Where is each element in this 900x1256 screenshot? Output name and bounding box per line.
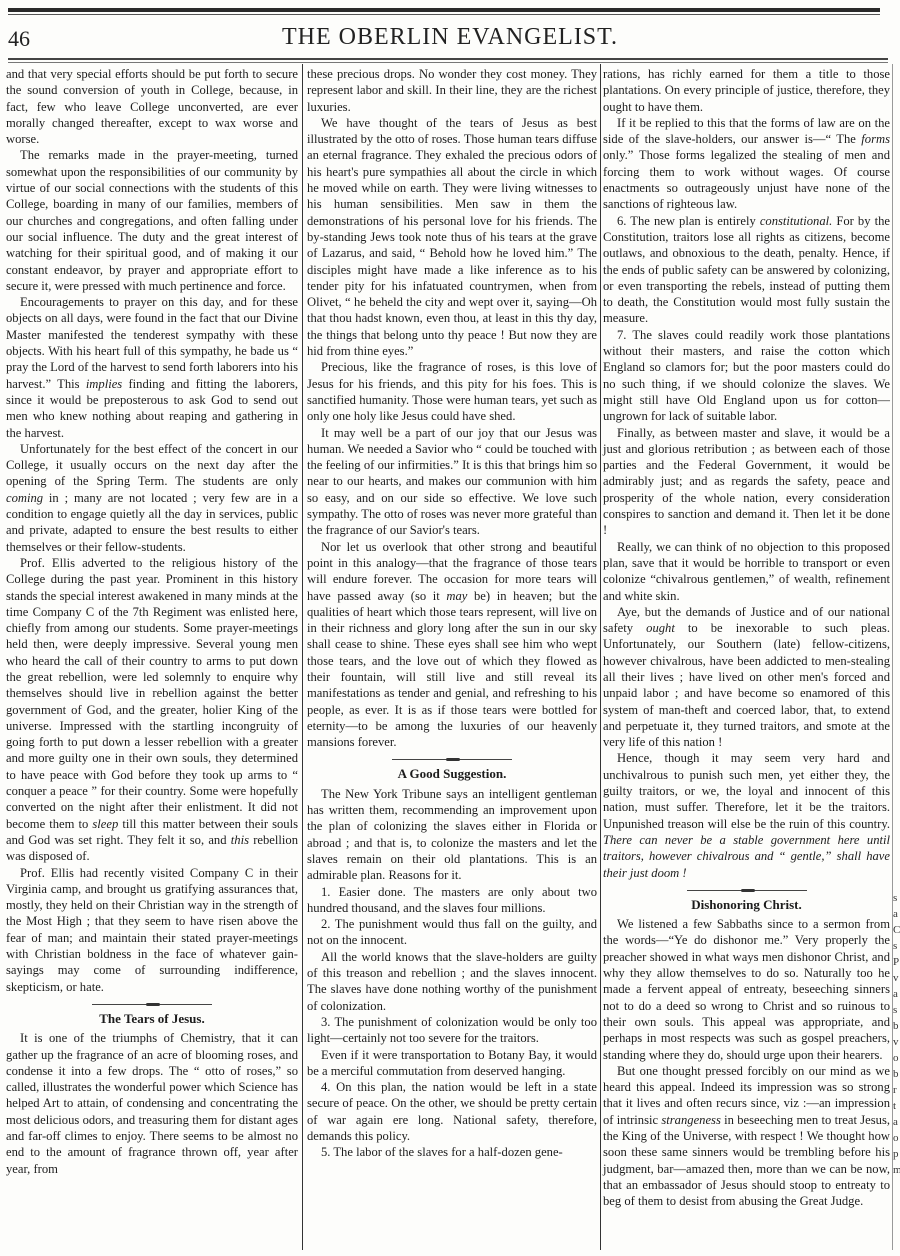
article-heading-dishonoring-christ: Dishonoring Christ. bbox=[603, 897, 890, 913]
section-separator bbox=[392, 759, 512, 760]
paragraph: Nor let us overlook that other strong an… bbox=[307, 539, 597, 751]
paragraph: Even if it were transportation to Botany… bbox=[307, 1047, 597, 1080]
paragraph: If it be replied to this that the forms … bbox=[603, 115, 890, 213]
paragraph: these precious drops. No wonder they cos… bbox=[307, 66, 597, 115]
column-3: rations, has richly earned for them a ti… bbox=[603, 66, 890, 1209]
column-divider bbox=[302, 64, 303, 1250]
paragraph: The remarks made in the prayer-meeting, … bbox=[6, 147, 298, 294]
paragraph: Encouragements to prayer on this day, an… bbox=[6, 294, 298, 441]
column-1: and that very special efforts should be … bbox=[6, 66, 298, 1177]
numbered-reason: 3. The punishment of colonization would … bbox=[307, 1014, 597, 1047]
paragraph: Really, we can think of no objection to … bbox=[603, 539, 890, 604]
numbered-reason: 4. On this plan, the nation would be lef… bbox=[307, 1079, 597, 1144]
numbered-reason: 6. The new plan is entirely constitution… bbox=[603, 213, 890, 327]
margin-bleed-text: s a C s P v a s b v o b r t a o p m bbox=[893, 890, 900, 1178]
numbered-reason: 7. The slaves could readily work those p… bbox=[603, 327, 890, 425]
paragraph: Precious, like the fragrance of roses, i… bbox=[307, 359, 597, 424]
paragraph: Finally, as between master and slave, it… bbox=[603, 425, 890, 539]
header-rule bbox=[8, 58, 888, 60]
paragraph: But one thought pressed forcibly on our … bbox=[603, 1063, 890, 1210]
paragraph: Prof. Ellis had recently visited Company… bbox=[6, 865, 298, 995]
section-separator bbox=[92, 1004, 212, 1005]
article-heading-good-suggestion: A Good Suggestion. bbox=[307, 766, 597, 782]
masthead: 46 THE OBERLIN EVANGELIST. bbox=[0, 20, 900, 56]
header-rule-thin bbox=[8, 62, 888, 63]
numbered-reason: 5. The labor of the slaves for a half-do… bbox=[307, 1144, 597, 1160]
paragraph: and that very special efforts should be … bbox=[6, 66, 298, 147]
paragraph: It may well be a part of our joy that ou… bbox=[307, 425, 597, 539]
paper-title: THE OBERLIN EVANGELIST. bbox=[0, 24, 900, 51]
paragraph: Unfortunately for the best effect of the… bbox=[6, 441, 298, 555]
paragraph: rations, has richly earned for them a ti… bbox=[603, 66, 890, 115]
paragraph: Prof. Ellis adverted to the religious hi… bbox=[6, 555, 298, 865]
top-rule bbox=[8, 8, 880, 12]
paragraph: It is one of the triumphs of Chemistry, … bbox=[6, 1030, 298, 1177]
numbered-reason: 2. The punishment would thus fall on the… bbox=[307, 916, 597, 949]
paragraph: We listened a few Sabbaths since to a se… bbox=[603, 916, 890, 1063]
column-2: these precious drops. No wonder they cos… bbox=[307, 66, 597, 1161]
article-heading-tears-of-jesus: The Tears of Jesus. bbox=[6, 1011, 298, 1027]
column-divider bbox=[600, 64, 601, 1250]
numbered-reason: 1. Easier done. The masters are only abo… bbox=[307, 884, 597, 917]
section-separator bbox=[687, 890, 807, 891]
paragraph: Hence, though it may seem very hard and … bbox=[603, 750, 890, 880]
top-rule-thin bbox=[8, 14, 880, 15]
paragraph: Aye, but the demands of Justice and of o… bbox=[603, 604, 890, 751]
paragraph: The New York Tribune says an intelligent… bbox=[307, 786, 597, 884]
paragraph: We have thought of the tears of Jesus as… bbox=[307, 115, 597, 359]
paragraph: All the world knows that the slave-holde… bbox=[307, 949, 597, 1014]
